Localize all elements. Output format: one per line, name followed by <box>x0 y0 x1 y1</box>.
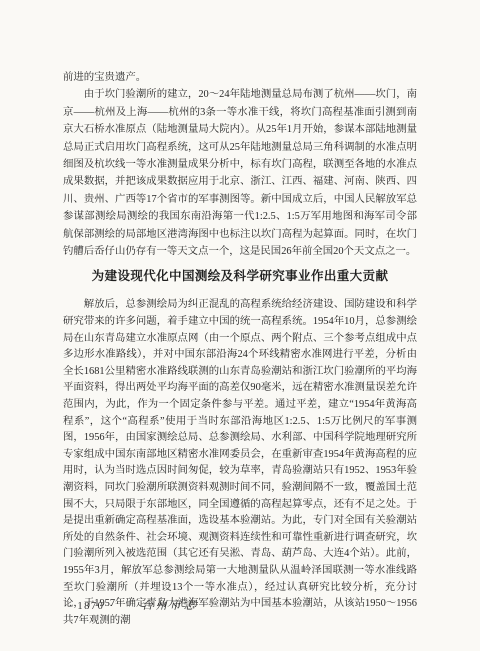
page-number-value: 1870 <box>77 601 104 612</box>
text-column: 前进的宝贵遗产。 由于坎门验潮所的建立，20～24年陆地测量总局布测了杭州——坎… <box>63 69 417 629</box>
section-heading: 为建设现代化中国测绘及科学研究事业作出重大贡献 <box>63 268 417 285</box>
page-number-dot-left: · <box>64 601 77 612</box>
section-kanmen-legacy: 前进的宝贵遗产。 由于坎门验潮所的建立，20～24年陆地测量总局布测了杭州——坎… <box>63 69 417 260</box>
section-modern-surveying: 解放后，总参测绘局为纠正混乱的高程系统给经济建设、国防建设和科学研究带来的许多问… <box>63 297 417 629</box>
scanned-book-page: 前进的宝贵遗产。 由于坎门验潮所的建立，20～24年陆地测量总局布测了杭州——坎… <box>0 0 480 651</box>
paragraph-kanmen-leveling-history: 由于坎门验潮所的建立，20～24年陆地测量总局布测了杭州——坎门，南京——杭州及… <box>63 86 417 260</box>
paragraph-modern-surveying: 解放后，总参测绘局为纠正混乱的高程系统给经济建设、国防建设和科学研究带来的许多问… <box>63 297 417 629</box>
page-footer: · 1870 · 台州市志 <box>64 597 198 613</box>
page-number-dot-right: · <box>104 601 117 612</box>
page-number: · 1870 · <box>64 601 118 612</box>
book-title: 台州市志 <box>142 597 198 613</box>
paragraph-legacy-closing: 前进的宝贵遗产。 <box>63 69 417 86</box>
